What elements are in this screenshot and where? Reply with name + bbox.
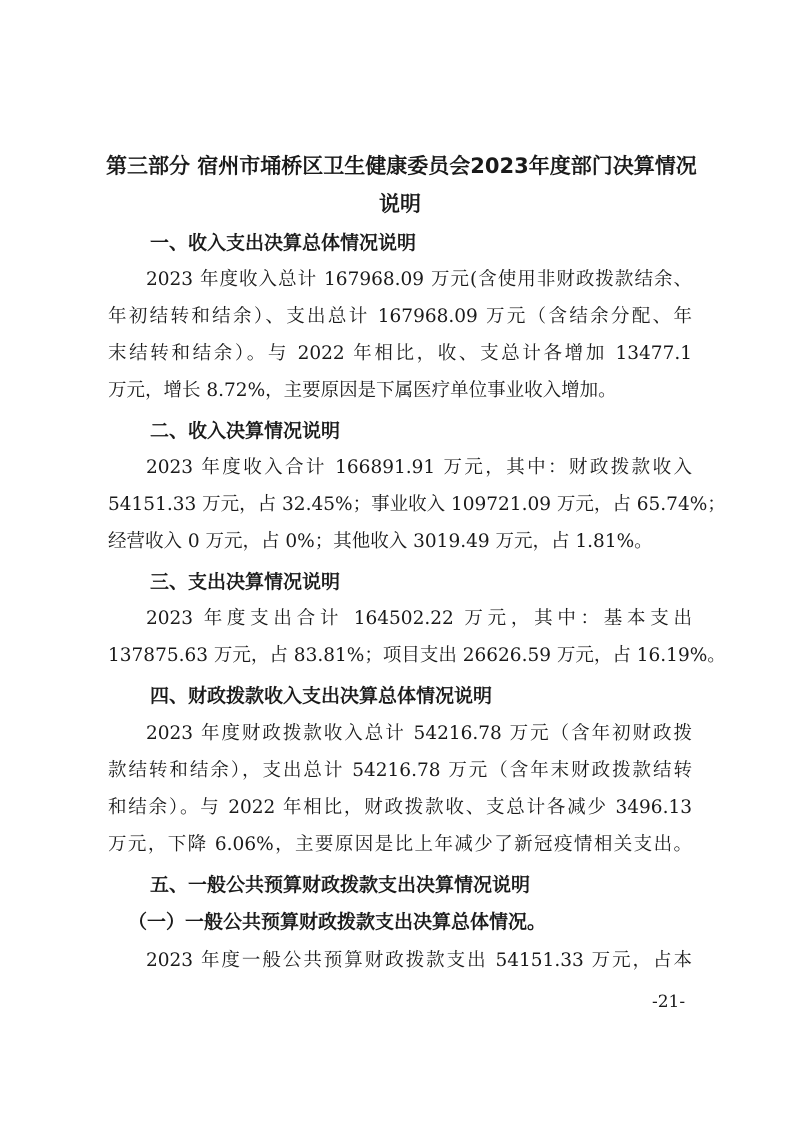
document-title-line-1: 第三部分 宿州市埇桥区卫生健康委员会2023年度部门决算情况 [106, 150, 694, 180]
paragraph-line: 2023 年度收入合计 166891.91 万元，其中：财政拨款收入 [146, 453, 692, 479]
section-heading-1: 一、收入支出决算总体情况说明 [150, 228, 416, 255]
paragraph-line: 款结转和结余），支出总计 54216.78 万元（含年末财政拨款结转 [108, 756, 692, 782]
paragraph-line: 137875.63 万元，占 83.81%；项目支出 26626.59 万元，占… [108, 641, 692, 667]
document-title-line-2: 说明 [106, 188, 694, 218]
paragraph-line: 万元，下降 6.06%，主要原因是比上年减少了新冠疫情相关支出。 [108, 830, 692, 856]
paragraph-line: 末结转和结余）。与 2022 年相比，收、支总计各增加 13477.1 [108, 339, 692, 365]
paragraph-line: 2023 年度支出合计 164502.22 万元，其中：基本支出 [146, 604, 692, 630]
paragraph-line: 万元，增长 8.72%，主要原因是下属医疗单位事业收入增加。 [108, 376, 692, 402]
paragraph-line: 2023 年度收入总计 167968.09 万元(含使用非财政拨款结余、 [146, 265, 692, 291]
section-heading-3: 三、支出决算情况说明 [150, 567, 340, 594]
paragraph-line: 54151.33 万元，占 32.45%；事业收入 109721.09 万元，占… [108, 490, 692, 516]
paragraph-line: 经营收入 0 万元，占 0%；其他收入 3019.49 万元，占 1.81%。 [108, 527, 692, 553]
paragraph-line: 年初结转和结余）、支出总计 167968.09 万元（含结余分配、年 [108, 302, 692, 328]
section-heading-4: 四、财政拨款收入支出决算总体情况说明 [150, 681, 492, 708]
paragraph-line: 2023 年度财政拨款收入总计 54216.78 万元（含年初财政拨 [146, 719, 692, 745]
paragraph-line: 2023 年度一般公共预算财政拨款支出 54151.33 万元，占本 [146, 946, 692, 972]
section-heading-5: 五、一般公共预算财政拨款支出决算情况说明 [150, 870, 530, 897]
paragraph-line: 和结余）。与 2022 年相比，财政拨款收、支总计各减少 3496.13 [108, 793, 692, 819]
section-heading-2: 二、收入决算情况说明 [150, 416, 340, 443]
subsection-heading: （一）一般公共预算财政拨款支出决算总体情况。 [128, 907, 546, 934]
page-number: -21- [652, 992, 685, 1012]
document-page: 第三部分 宿州市埇桥区卫生健康委员会2023年度部门决算情况 说明 一、收入支出… [0, 0, 793, 1122]
